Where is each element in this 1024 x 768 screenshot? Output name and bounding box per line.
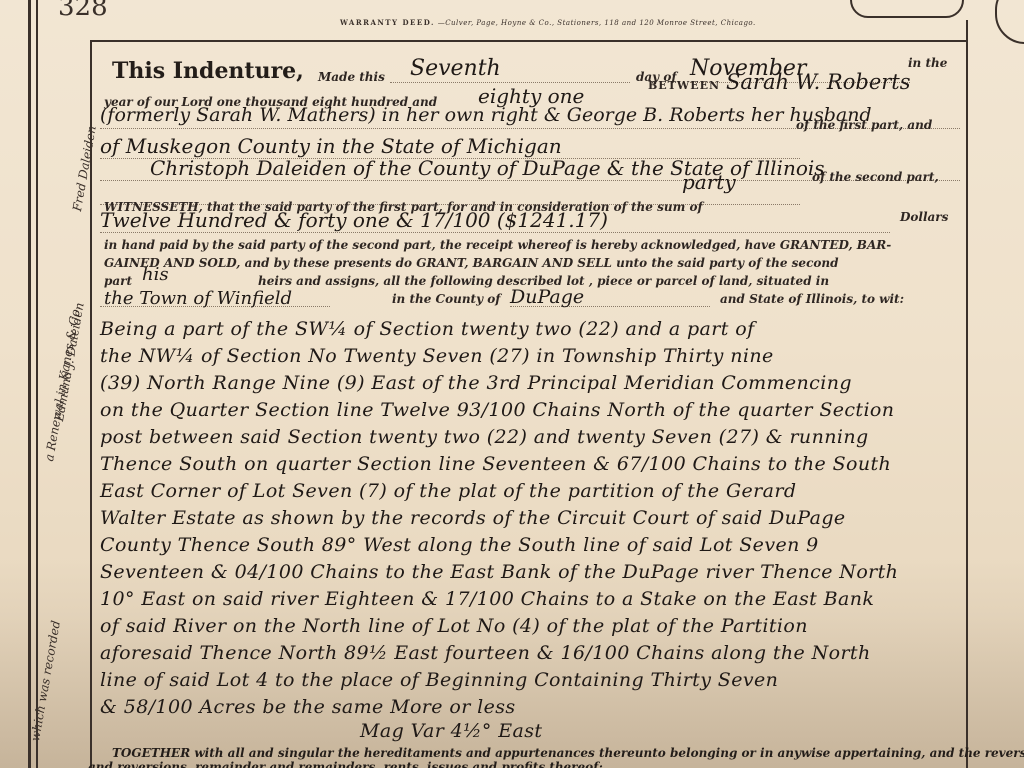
description-line: East Corner of Lot Seven (7) of the plat… — [100, 480, 796, 502]
description-line: Being a part of the SW¼ of Section twent… — [100, 318, 755, 340]
second-part-label: of the second part, — [812, 170, 939, 184]
handwritten-day: Seventh — [410, 56, 501, 81]
handwritten-town: the Town of Winfield — [104, 288, 292, 309]
description-line: Thence South on quarter Section line Sev… — [100, 453, 891, 475]
grant-clause: GAINED AND SOLD, and by these presents d… — [104, 256, 839, 270]
in-the-label: in the — [908, 56, 947, 70]
grantor-name: Sarah W. Roberts — [726, 70, 911, 94]
record-stamp — [850, 0, 964, 18]
receipt-clause: in hand paid by the said party of the se… — [104, 238, 891, 252]
reversion-clause: and reversions, remainder and remainders… — [88, 760, 603, 768]
description-line: on the Quarter Section line Twelve 93/10… — [100, 399, 894, 421]
together-clause: TOGETHER with all and singular the hered… — [112, 746, 1024, 760]
handwritten-pronoun: his — [142, 264, 169, 285]
between-label: BETWEEN — [648, 79, 720, 92]
made-this-label: Made this — [318, 70, 385, 84]
binding-line — [28, 0, 31, 768]
printer-imprint: WARRANTY DEED. —Culver, Page, Hoyne & Co… — [340, 18, 756, 27]
state-clause: and State of Illinois, to wit: — [720, 292, 904, 306]
deed-form-title: WARRANTY DEED. — [340, 18, 435, 27]
binding-line-inner — [36, 0, 38, 768]
form-border-right — [966, 20, 968, 768]
description-line: post between said Section twenty two (22… — [100, 426, 869, 448]
day-blank — [390, 82, 630, 83]
dollars-label: Dollars — [900, 210, 948, 224]
description-line: of said River on the North line of Lot N… — [100, 615, 808, 637]
form-border-top — [90, 40, 968, 42]
description-line: Seventeen & 04/100 Chains to the East Ba… — [100, 561, 898, 583]
handwritten-county: DuPage — [510, 286, 584, 308]
description-line: 10° East on said river Eighteen & 17/100… — [100, 588, 874, 610]
page-number: 328 — [58, 0, 108, 22]
description-line: aforesaid Thence North 89½ East fourteen… — [100, 642, 871, 664]
description-line: line of said Lot 4 to the place of Begin… — [100, 669, 778, 691]
handwritten-party: party — [682, 170, 736, 194]
handwritten-sum: Twelve Hundred & forty one & 17/100 ($12… — [100, 208, 608, 232]
indenture-heading: This Indenture, — [112, 58, 304, 84]
description-line: & 58/100 Acres be the same More or less — [100, 696, 516, 718]
grantor-details: (formerly Sarah W. Mathers) in her own r… — [100, 104, 872, 126]
first-part-label: of the first part, and — [796, 118, 932, 132]
description-line: the NW¼ of Section No Twenty Seven (27) … — [100, 345, 774, 367]
publisher-imprint: —Culver, Page, Hoyne & Co., Stationers, … — [438, 19, 756, 27]
sum-blank — [100, 232, 890, 233]
description-line: Walter Estate as shown by the records of… — [100, 507, 846, 529]
part-label: part — [104, 274, 132, 288]
description-line: (39) North Range Nine (9) East of the 3r… — [100, 372, 852, 394]
grantor-county: of Muskegon County in the State of Michi… — [100, 134, 562, 158]
description-line: County Thence South 89° West along the S… — [100, 534, 819, 556]
county-of-label: in the County of — [392, 292, 500, 306]
magnetic-variation-note: Mag Var 4½° East — [360, 720, 542, 742]
